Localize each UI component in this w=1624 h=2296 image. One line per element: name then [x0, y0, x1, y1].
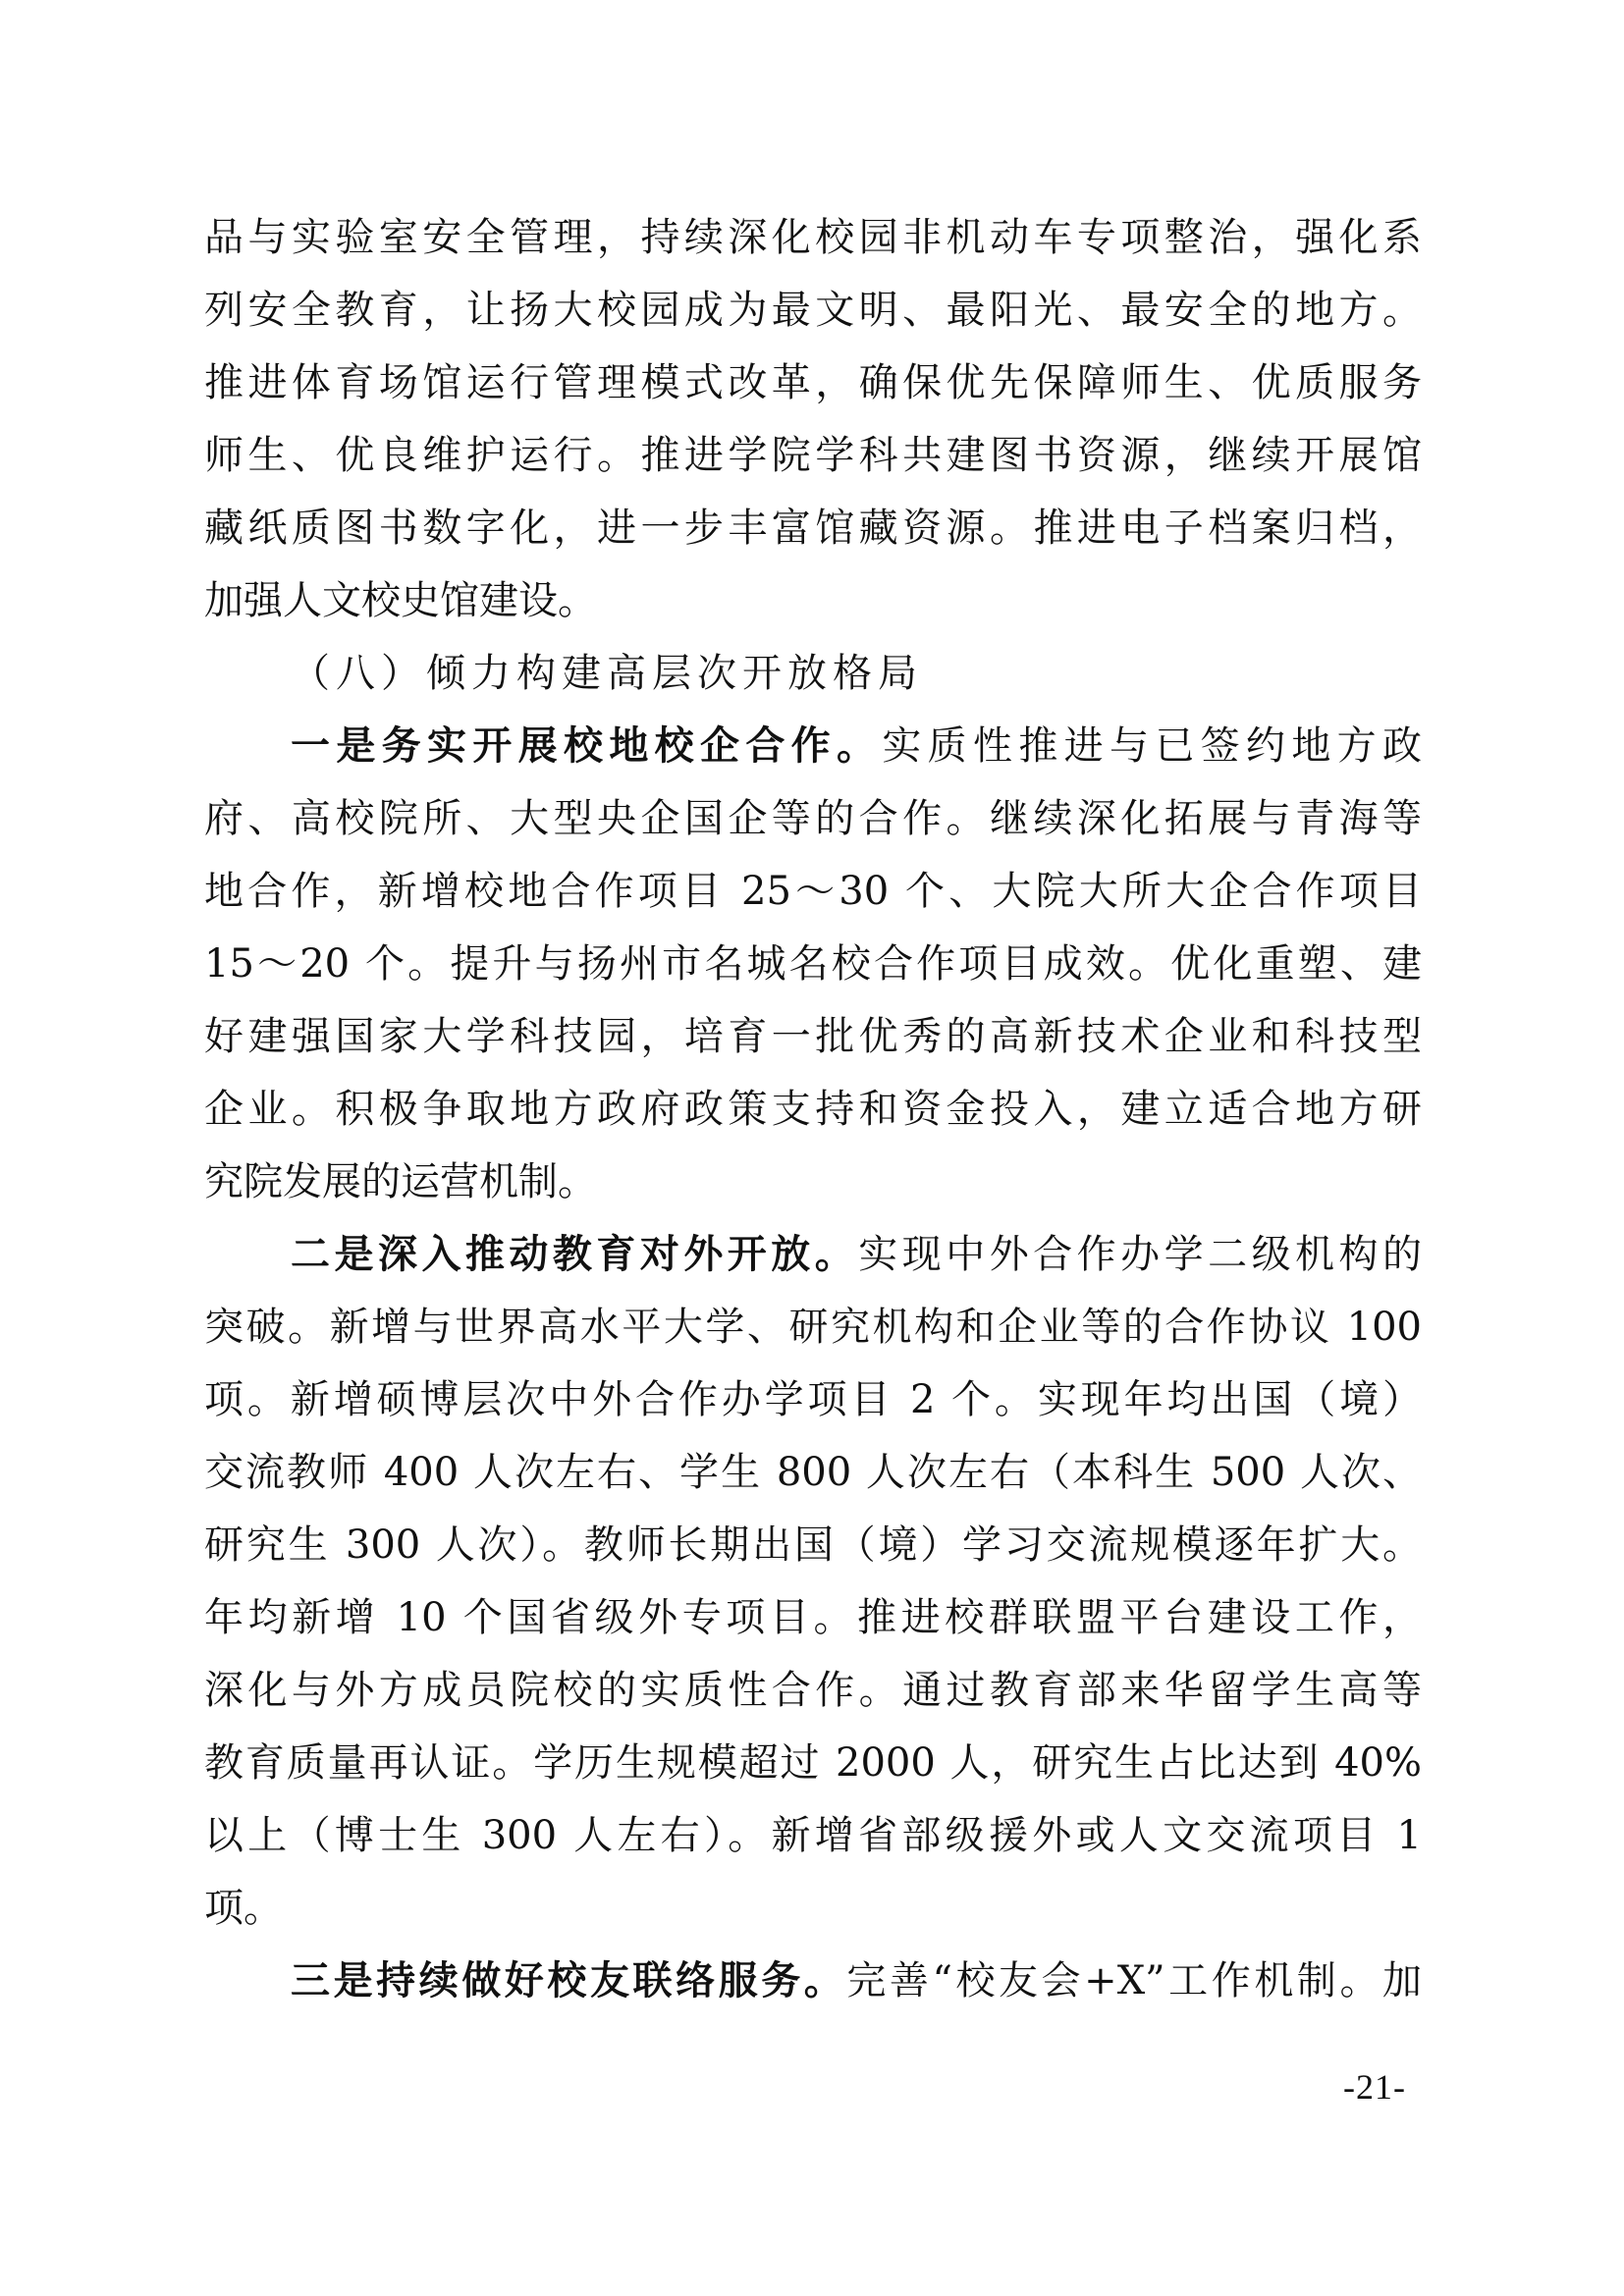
paragraph-line: 府、高校院所、大型央企国企等的合作。继续深化拓展与青海等	[204, 793, 1422, 844]
paragraph-line: 突破。新增与世界高水平大学、研究机构和企业等的合作协议 100	[204, 1302, 1422, 1353]
item-1-first-line: 一是务实开展校地校企合作。实质性推进与已签约地方政	[291, 721, 1422, 772]
paragraph-line: 究院发展的运营机制。	[204, 1156, 1422, 1207]
item-3-lead: 三是持续做好校友联络服务。	[291, 1958, 846, 2003]
paragraph-line: 以上（博士生 300 人左右）。新增省部级援外或人文交流项目 1	[204, 1810, 1422, 1861]
paragraph-line: 品与实验室安全管理，持续深化校园非机动车专项整治，强化系	[204, 212, 1422, 263]
page-number: -21-	[1343, 2065, 1406, 2109]
paragraph-line: 交流教师 400 人次左右、学生 800 人次左右（本科生 500 人次、	[204, 1447, 1422, 1498]
item-1-lead: 一是务实开展校地校企合作。	[291, 723, 882, 769]
paragraph-line: 师生、优良维护运行。推进学院学科共建图书资源，继续开展馆	[204, 430, 1422, 481]
item-3-first-line: 三是持续做好校友联络服务。完善“校友会+X”工作机制。加	[291, 1955, 1422, 2006]
paragraph-line: 项。	[204, 1883, 1422, 1934]
item-2-first-line: 二是深入推动教育对外开放。实现中外合作办学二级机构的	[291, 1229, 1422, 1280]
paragraph-line: 地合作，新增校地合作项目 25～30 个、大院大所大企合作项目	[204, 866, 1422, 917]
document-page: 品与实验室安全管理，持续深化校园非机动车专项整治，强化系 列安全教育，让扬大校园…	[0, 0, 1624, 2296]
paragraph-line: 加强人文校史馆建设。	[204, 575, 1422, 626]
paragraph-line: 列安全教育，让扬大校园成为最文明、最阳光、最安全的地方。	[204, 285, 1422, 336]
paragraph-line: 15～20 个。提升与扬州市名城名校合作项目成效。优化重塑、建	[204, 938, 1422, 989]
paragraph-line: 年均新增 10 个国省级外专项目。推进校群联盟平台建设工作，	[204, 1592, 1422, 1643]
item-1-first-rest: 实质性推进与已签约地方政	[882, 723, 1422, 769]
paragraph-line: 深化与外方成员院校的实质性合作。通过教育部来华留学生高等	[204, 1665, 1422, 1716]
paragraph-line: 推进体育场馆运行管理模式改革，确保优先保障师生、优质服务	[204, 357, 1422, 408]
paragraph-line: 研究生 300 人次）。教师长期出国（境）学习交流规模逐年扩大。	[204, 1520, 1422, 1571]
paragraph-line: 好建强国家大学科技园，培育一批优秀的高新技术企业和科技型	[204, 1011, 1422, 1062]
section-heading: （八）倾力构建高层次开放格局	[291, 648, 923, 699]
item-2-lead: 二是深入推动教育对外开放。	[291, 1232, 858, 1277]
paragraph-line: 企业。积极争取地方政府政策支持和资金投入，建立适合地方研	[204, 1084, 1422, 1135]
paragraph-line: 项。新增硕博层次中外合作办学项目 2 个。实现年均出国（境）	[204, 1374, 1422, 1425]
paragraph-line: 藏纸质图书数字化，进一步丰富馆藏资源。推进电子档案归档，	[204, 503, 1422, 554]
paragraph-line: 教育质量再认证。学历生规模超过 2000 人，研究生占比达到 40%	[204, 1737, 1422, 1789]
item-2-first-rest: 实现中外合作办学二级机构的	[858, 1232, 1422, 1277]
item-3-first-rest: 完善“校友会+X”工作机制。加	[846, 1958, 1422, 2003]
